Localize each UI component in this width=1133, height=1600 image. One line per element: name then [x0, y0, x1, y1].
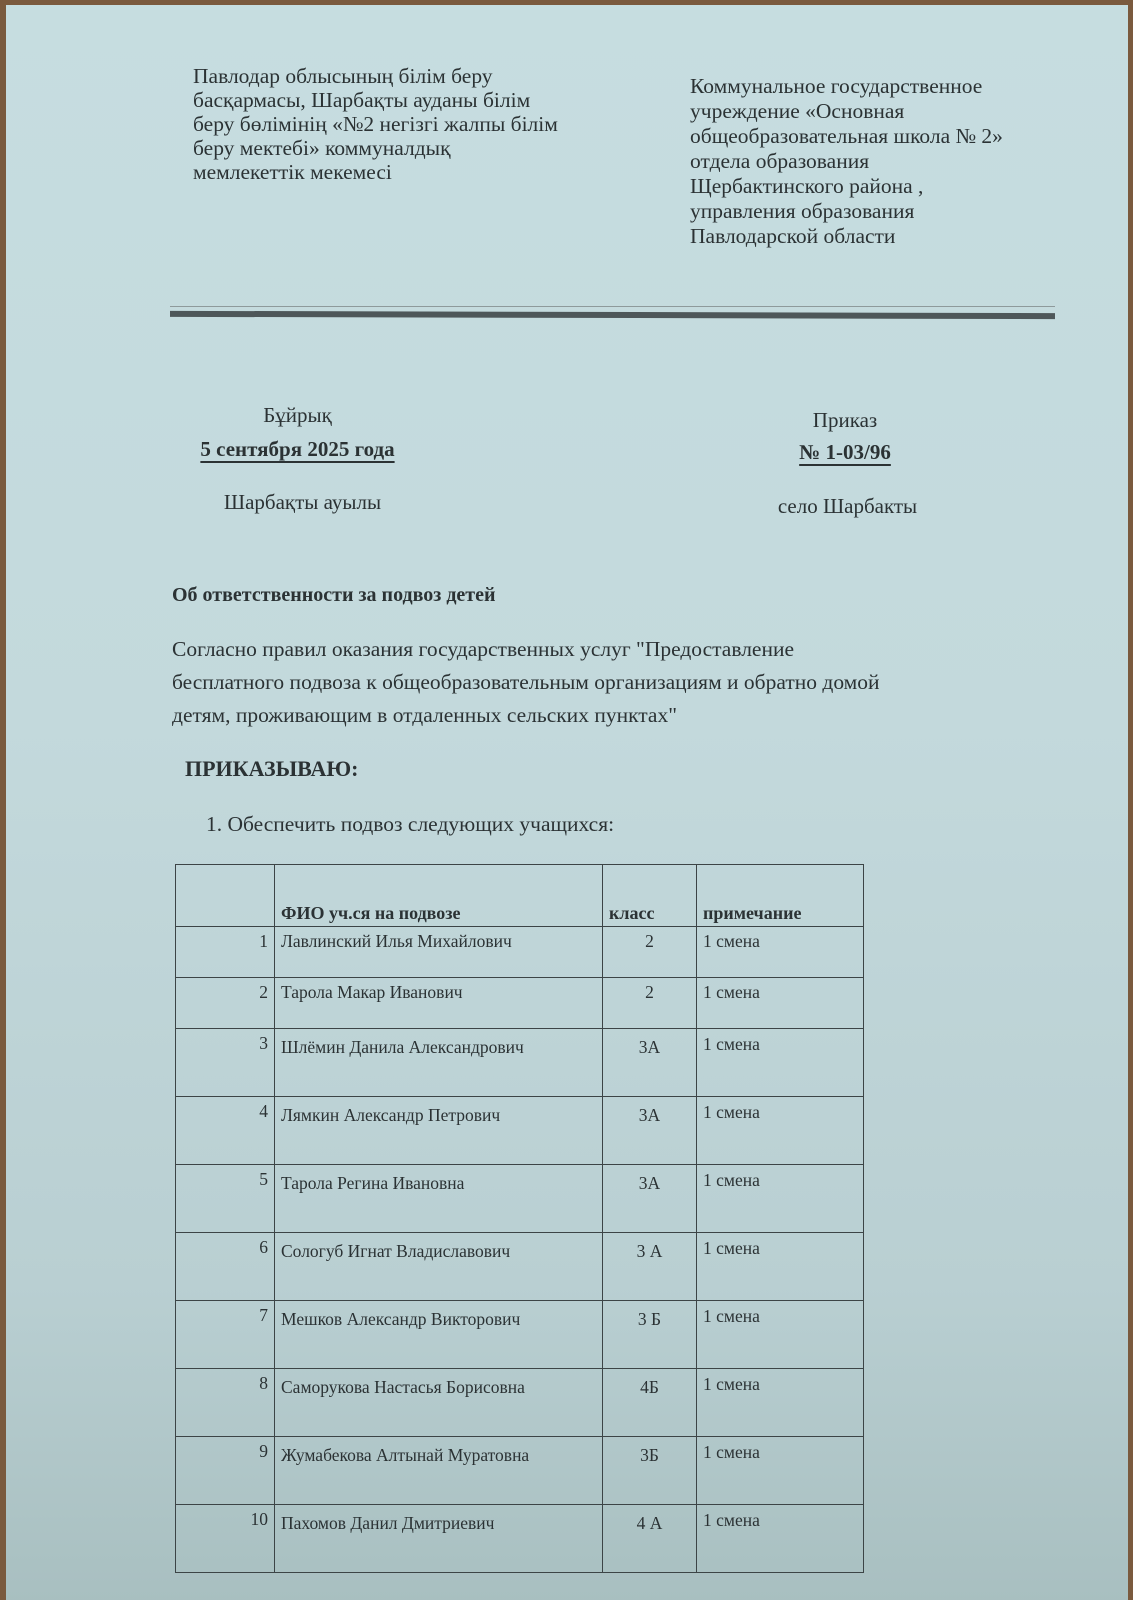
- preamble-line: детям, проживающим в отдаленных сельских…: [172, 699, 1052, 732]
- header-line: беру бөлімінің «№2 негізгі жалпы білім: [193, 112, 663, 136]
- student-note: 1 смена: [697, 1165, 864, 1233]
- header-line: Коммунальное государственное: [690, 74, 1090, 99]
- header-russian-institution: Коммунальное государственное учреждение …: [690, 74, 1090, 249]
- student-note: 1 смена: [697, 1029, 864, 1097]
- student-name: Тарола Макар Иванович: [275, 978, 603, 1029]
- student-note: 1 смена: [697, 1505, 864, 1573]
- preamble: Согласно правил оказания государственных…: [172, 633, 1052, 732]
- table-row: 6Сологуб Игнат Владиславович3 А1 смена: [176, 1233, 864, 1301]
- header-divider-thin: [170, 306, 1055, 307]
- table-row: 1Лавлинский Илья Михайлович21 смена: [176, 927, 864, 978]
- column-header-name: ФИО уч.ся на подвозе: [275, 865, 603, 927]
- student-note: 1 смена: [697, 1097, 864, 1165]
- header-line: беру мектебі» коммуналдық: [193, 136, 663, 160]
- column-header-class: класс: [603, 865, 697, 927]
- ru-place: село Шарбакты: [755, 494, 940, 519]
- table-header-row: ФИО уч.ся на подвозе класс примечание: [176, 865, 864, 927]
- student-class: 2: [603, 927, 697, 978]
- header-line: управления образования: [690, 199, 1090, 224]
- student-name: Мешков Александр Викторович: [275, 1301, 603, 1369]
- student-note: 1 смена: [697, 1301, 864, 1369]
- header-kazakh-institution: Павлодар облысының білім беру басқармасы…: [193, 64, 663, 184]
- student-class: 3А: [603, 1165, 697, 1233]
- row-number: 6: [176, 1233, 275, 1301]
- kz-place: Шарбақты ауылы: [170, 490, 435, 515]
- table-row: 8Саморукова Настасья Борисовна4Б1 смена: [176, 1369, 864, 1437]
- student-note: 1 смена: [697, 927, 864, 978]
- table-row: 5Тарола Регина Ивановна3А1 смена: [176, 1165, 864, 1233]
- header-line: басқармасы, Шарбақты ауданы білім: [193, 88, 663, 112]
- student-note: 1 смена: [697, 978, 864, 1029]
- student-name: Шлёмин Данила Александрович: [275, 1029, 603, 1097]
- header-line: отдела образования: [690, 149, 1090, 174]
- order-item-1: 1. Обеспечить подвоз следующих учащихся:: [206, 812, 614, 837]
- row-number: 1: [176, 927, 275, 978]
- table-row: 7Мешков Александр Викторович3 Б1 смена: [176, 1301, 864, 1369]
- order-subject: Об ответственности за подвоз детей: [172, 584, 496, 607]
- order-heading: ПРИКАЗЫВАЮ:: [185, 756, 358, 782]
- preamble-line: Согласно правил оказания государственных…: [172, 633, 1052, 666]
- student-class: 3А: [603, 1097, 697, 1165]
- student-note: 1 смена: [697, 1369, 864, 1437]
- student-name: Лямкин Александр Петрович: [275, 1097, 603, 1165]
- student-class: 2: [603, 978, 697, 1029]
- student-class: 3Б: [603, 1437, 697, 1505]
- kz-order-title: Бұйрық: [170, 403, 425, 428]
- row-number: 2: [176, 978, 275, 1029]
- ru-order-title: Приказ: [770, 408, 920, 433]
- row-number: 3: [176, 1029, 275, 1097]
- student-name: Пахомов Данил Дмитриевич: [275, 1505, 603, 1573]
- students-table: ФИО уч.ся на подвозе класс примечание 1Л…: [175, 864, 864, 1573]
- header-line: учреждение «Основная: [690, 99, 1090, 124]
- student-class: 3 Б: [603, 1301, 697, 1369]
- student-class: 3А: [603, 1029, 697, 1097]
- student-class: 3 А: [603, 1233, 697, 1301]
- row-number: 9: [176, 1437, 275, 1505]
- header-line: Павлодарской области: [690, 224, 1090, 249]
- student-name: Саморукова Настасья Борисовна: [275, 1369, 603, 1437]
- header-line: мемлекеттік мекемесі: [193, 160, 663, 184]
- table-row: 9Жумабекова Алтынай Муратовна3Б1 смена: [176, 1437, 864, 1505]
- table-row: 3Шлёмин Данила Александрович3А1 смена: [176, 1029, 864, 1097]
- table-row: 4Лямкин Александр Петрович3А1 смена: [176, 1097, 864, 1165]
- header-line: Павлодар облысының білім беру: [193, 64, 663, 88]
- student-note: 1 смена: [697, 1437, 864, 1505]
- student-name: Лавлинский Илья Михайлович: [275, 927, 603, 978]
- order-number: № 1-03/96: [770, 440, 920, 465]
- column-header-note: примечание: [697, 865, 864, 927]
- student-name: Тарола Регина Ивановна: [275, 1165, 603, 1233]
- table-row: 10Пахомов Данил Дмитриевич4 А1 смена: [176, 1505, 864, 1573]
- order-date: 5 сентября 2025 года: [170, 437, 425, 462]
- row-number: 5: [176, 1165, 275, 1233]
- header-line: Щербактинского района ,: [690, 174, 1090, 199]
- student-class: 4 А: [603, 1505, 697, 1573]
- student-class: 4Б: [603, 1369, 697, 1437]
- student-name: Жумабекова Алтынай Муратовна: [275, 1437, 603, 1505]
- row-number: 4: [176, 1097, 275, 1165]
- row-number: 10: [176, 1505, 275, 1573]
- row-number: 7: [176, 1301, 275, 1369]
- student-name: Сологуб Игнат Владиславович: [275, 1233, 603, 1301]
- column-header-number: [176, 865, 275, 927]
- preamble-line: бесплатного подвоза к общеобразовательны…: [172, 666, 1052, 699]
- header-line: общеобразовательная школа № 2»: [690, 124, 1090, 149]
- row-number: 8: [176, 1369, 275, 1437]
- table-row: 2Тарола Макар Иванович21 смена: [176, 978, 864, 1029]
- student-note: 1 смена: [697, 1233, 864, 1301]
